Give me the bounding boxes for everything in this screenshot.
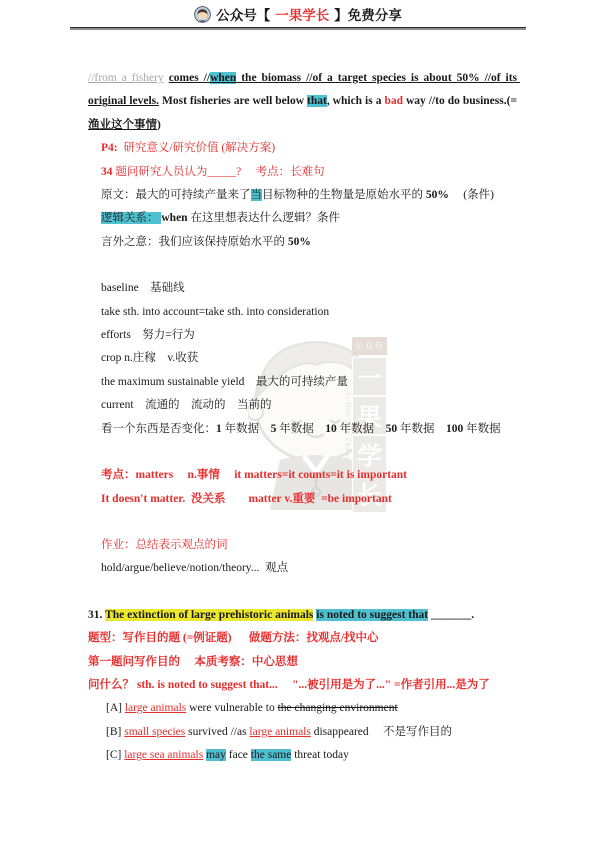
text-segment: ? 考点：长难句 <box>236 166 324 178</box>
option-c: [C] large sea animals may face the same … <box>88 744 517 767</box>
text-segment: ) <box>157 119 161 131</box>
text-segment: threat today <box>291 749 348 761</box>
header-title: 公众号【一果学长】免费分享 <box>194 4 402 28</box>
text-segment: 年数据 <box>222 423 271 435</box>
text-segment: (条件) <box>449 189 494 201</box>
text-segment: comes // <box>169 72 210 84</box>
text-segment: 作业：总结表示观点的词 <box>101 539 228 551</box>
text-segment: take sth. into account=take sth. into co… <box>101 306 329 318</box>
text-segment: Most fisheries are well below <box>159 95 307 107</box>
option-b: [B] small species survived //as large an… <box>88 721 517 744</box>
question-type-line: 题型：写作目的题 (=例证题) 做题方法：找观点/找中心 <box>88 627 517 650</box>
document-content: //from a fishery comes //when the biomas… <box>88 67 517 768</box>
text-segment: [A] <box>106 702 125 714</box>
boy-avatar-icon <box>194 6 211 23</box>
text-segment: way //to do business.(= <box>403 95 517 107</box>
text-segment: 第一题问写作目的 本质考察：中心思想 <box>88 656 298 668</box>
matters-line-2: It doesn't matter. 没关系 matter v.重要 =be i… <box>88 488 517 511</box>
logic-relation-line: 逻辑关系： when 在这里想表达什么逻辑？条件 <box>88 207 517 230</box>
text-segment: current 流通的 流动的 当前的 <box>101 399 272 411</box>
text-segment: //from a fishery <box>88 72 164 84</box>
yellow-highlight-segment: The extinction of large prehistoric anim… <box>105 609 313 621</box>
text-segment: bad <box>384 95 403 107</box>
question-31-line: 31. The extinction of large prehistoric … <box>88 604 517 627</box>
ask-what-line: 问什么？ sth. is noted to suggest that... ".… <box>88 674 517 697</box>
vocab-take-into-account: take sth. into account=take sth. into co… <box>88 301 517 324</box>
text-segment: 渔业这个事情 <box>88 119 157 131</box>
text-segment: 100 <box>446 423 463 435</box>
strikethrough-segment: the changing environment <box>278 702 398 714</box>
text-segment: 年数据 <box>463 423 500 435</box>
first-question-line: 第一题问写作目的 本质考察：中心思想 <box>88 651 517 674</box>
header-brand: 一果学长 <box>275 4 329 24</box>
text-segment: disappeared 不是写作目的 <box>311 726 452 738</box>
text-segment: 31. <box>88 609 105 621</box>
question-34-line: 34 题问研究人员认为_____? 考点：长难句 <box>88 161 517 184</box>
implication-line: 言外之意：我们应该保持原始水平的 50% <box>88 231 517 254</box>
header-title-post: 】免费分享 <box>334 4 402 24</box>
intro-paragraph: //from a fishery comes //when the biomas… <box>88 67 517 137</box>
text-segment: 问什么？ sth. is noted to suggest that... ".… <box>88 679 490 691</box>
text-segment: the maximum sustainable yield 最大的可持续产量 <box>101 376 348 388</box>
text-segment: , which is a <box>327 95 385 107</box>
original-text-line: 原文：最大的可持续产量来了当目标物种的生物量是原始水平的 50% (条件) <box>88 184 517 207</box>
text-segment: 看一个东西是否变化： <box>101 423 216 435</box>
text-segment: 50% <box>426 189 449 201</box>
cyan-highlight-segment: the same <box>251 749 292 761</box>
vocab-baseline: baseline 基础线 <box>88 277 517 300</box>
text-segment: hold/argue/believe/notion/theory... 观点 <box>101 562 288 574</box>
homework-line: 作业：总结表示观点的词 <box>88 534 517 557</box>
text-segment: _____ <box>207 166 236 178</box>
text-segment: 在这里想表达什么逻辑？条件 <box>190 212 340 224</box>
text-segment: 50% <box>288 236 311 248</box>
header-divider <box>70 27 526 30</box>
red-underline-segment: large animals <box>125 702 186 714</box>
red-underline-segment: small species <box>124 726 185 738</box>
header-title-pre: 公众号【 <box>216 4 270 24</box>
vocab-current: current 流通的 流动的 当前的 <box>88 394 517 417</box>
cyan-highlight-segment: when <box>210 72 236 84</box>
text-segment: It doesn't matter. 没关系 matter v.重要 =be i… <box>101 493 392 505</box>
text-segment: baseline 基础线 <box>101 282 185 294</box>
text-segment: 年数据 <box>337 423 386 435</box>
text-segment: efforts 努力=行为 <box>101 329 195 341</box>
text-segment: 年数据 <box>276 423 325 435</box>
red-underline-segment: large sea animals <box>124 749 203 761</box>
cyan-highlight-segment: is noted to suggest that <box>316 609 428 621</box>
text-segment: 原文：最大的可持续产量来了 <box>101 189 251 201</box>
text-segment: [B] <box>106 726 124 738</box>
text-segment: _______. <box>428 609 474 621</box>
document-page: 公众号【一果学长】免费分享 Yi Guo Xue Zhang 公众号 一 果 学… <box>0 0 596 842</box>
text-segment: crop n.庄稼 v.收获 <box>101 352 198 364</box>
red-underline-segment: large animals <box>249 726 310 738</box>
cyan-highlight-segment: may <box>206 749 226 761</box>
text-segment: 50 <box>386 423 398 435</box>
text-segment: 34 <box>101 166 113 178</box>
text-segment: 考点：matters n.事情 it matters=it counts=it … <box>101 469 407 481</box>
text-segment: 目标物种的生物量是原始水平的 <box>262 189 426 201</box>
text-segment: 题问研究人员认为 <box>113 166 208 178</box>
kaodian-matters-line: 考点：matters n.事情 it matters=it counts=it … <box>88 464 517 487</box>
cyan-highlight-segment: 逻辑关系： <box>101 212 161 224</box>
text-segment: 研究意义/研究价值 (解决方案) <box>118 142 275 154</box>
data-years-line: 看一个东西是否变化：1 年数据 5 年数据 10 年数据 50 年数据 100 … <box>88 418 517 441</box>
text-segment: P4: <box>101 142 118 154</box>
page-header: 公众号【一果学长】免费分享 <box>70 4 526 28</box>
opinion-words-line: hold/argue/believe/notion/theory... 观点 <box>88 557 517 580</box>
p4-heading: P4: 研究意义/研究价值 (解决方案) <box>88 137 517 160</box>
vocab-efforts: efforts 努力=行为 <box>88 324 517 347</box>
text-segment: [C] <box>106 749 124 761</box>
text-segment: 10 <box>325 423 337 435</box>
text-segment: were vulnerable to <box>186 702 277 714</box>
text-segment: 言外之意：我们应该保持原始水平的 <box>101 236 288 248</box>
option-a: [A] large animals were vulnerable to the… <box>88 697 517 720</box>
text-segment: face <box>226 749 251 761</box>
cyan-highlight-segment: that <box>307 95 327 107</box>
vocab-maximum-sustainable-yield: the maximum sustainable yield 最大的可持续产量 <box>88 371 517 394</box>
vocab-crop: crop n.庄稼 v.收获 <box>88 347 517 370</box>
text-segment: 题型：写作目的题 (=例证题) 做题方法：找观点/找中心 <box>88 632 379 644</box>
text-segment: when <box>161 212 190 224</box>
cyan-highlight-segment: 当 <box>251 189 263 201</box>
text-segment: survived //as <box>185 726 249 738</box>
text-segment: 年数据 <box>397 423 446 435</box>
